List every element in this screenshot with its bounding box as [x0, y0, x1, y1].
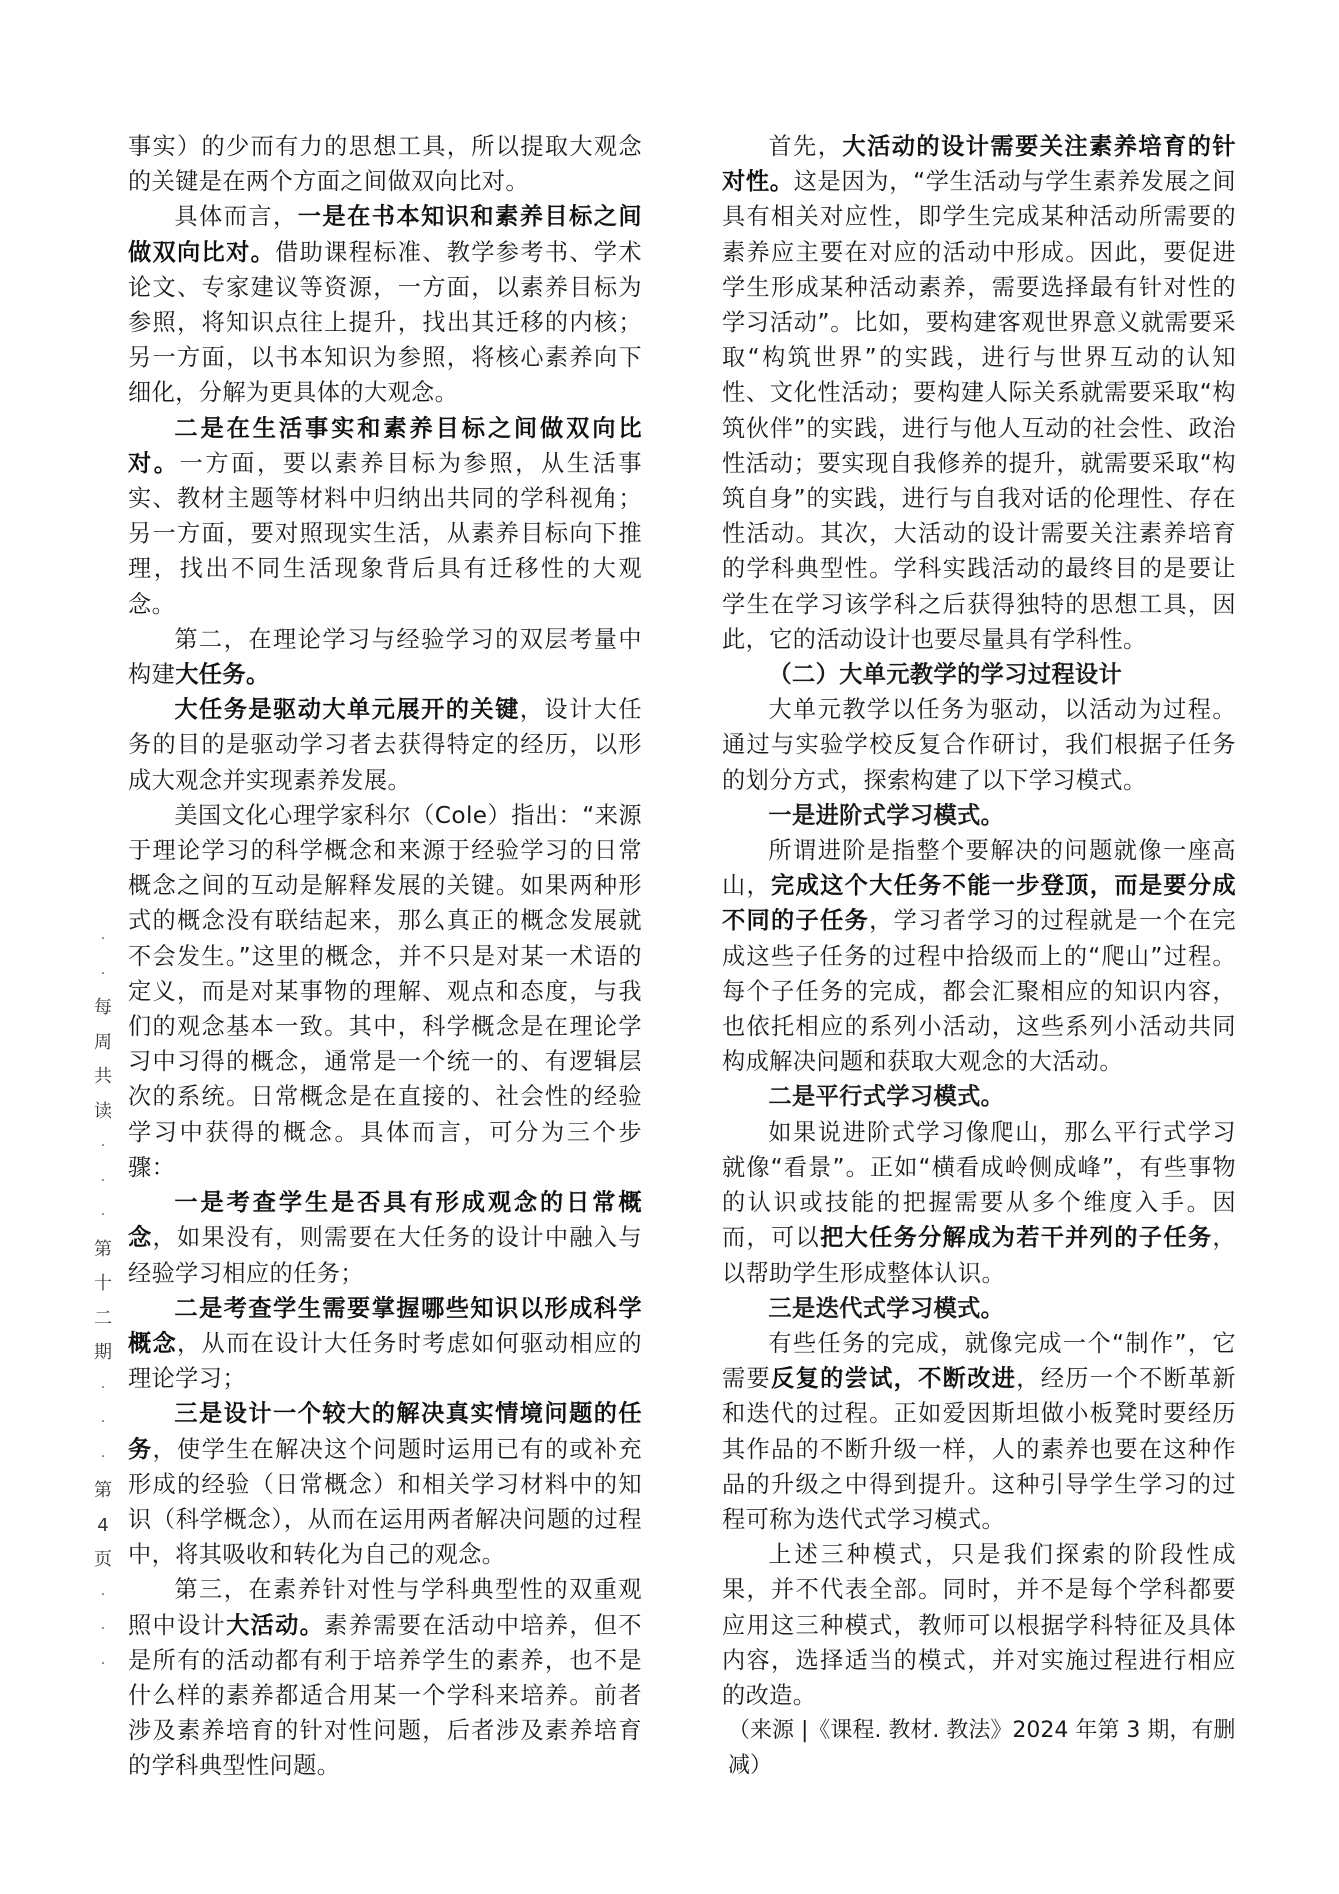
sidebar-char: ·: [90, 1440, 116, 1475]
right-column: 首先，大活动的设计需要关注素养培育的针对性。这是因为，“学生活动与学生素养发展之…: [722, 129, 1236, 1784]
paragraph: 如果说进阶式学习像爬山，那么平行式学习就像“看景”。正如“横看成岭侧成峰”，有些…: [722, 1115, 1236, 1291]
text-run: ，从而在设计大任务时考虑如何驱动相应的理论学习；: [128, 1330, 642, 1392]
paragraph: 二是在生活事实和素养目标之间做双向比对。一方面，要以素养目标为参照，从生活事实、…: [128, 411, 642, 622]
bold-text: 大任务。: [175, 661, 269, 688]
sidebar-char: 4: [90, 1509, 116, 1544]
sidebar-char: ·: [90, 1129, 116, 1164]
sidebar-char: 页: [90, 1543, 116, 1578]
sidebar-char: 共: [90, 1060, 116, 1095]
bold-text: 反复的尝试，不断改进: [771, 1365, 1016, 1392]
mode-heading: 二是平行式学习模式。: [722, 1079, 1236, 1114]
sidebar-char: ·: [90, 1371, 116, 1406]
bold-text: 把大任务分解成为若干并列的子任务: [820, 1224, 1212, 1251]
paragraph: 第三，在素养针对性与学科典型性的双重观照中设计大活动。素养需要在活动中培养，但不…: [128, 1572, 642, 1783]
sidebar-char: ·: [90, 1198, 116, 1233]
bold-text: 大任务是驱动大单元展开的关键: [174, 696, 519, 723]
text-run: ，如果没有，则需要在大任务的设计中融入与经验学习相应的任务；: [128, 1224, 642, 1286]
sidebar-char: 读: [90, 1095, 116, 1130]
paragraph: 大任务是驱动大单元展开的关键，设计大任务的目的是驱动学习者去获得特定的经历，以形…: [128, 692, 642, 798]
left-column: 事实）的少而有力的思想工具，所以提取大观念的关键是在两个方面之间做双向比对。 具…: [128, 129, 642, 1784]
sidebar-char: ·: [90, 1578, 116, 1613]
sidebar-char: 周: [90, 1026, 116, 1061]
paragraph: 第二，在理论学习与经验学习的双层考量中构建大任务。: [128, 622, 642, 692]
source-citation: （来源 |《课程. 教材. 教法》2024 年第 3 期，有删减）: [722, 1713, 1236, 1783]
sidebar-char: 二: [90, 1302, 116, 1337]
sidebar-char: ·: [90, 1647, 116, 1682]
paragraph: 美国文化心理学家科尔（Cole）指出：“来源于理论学习的科学概念和来源于经验学习…: [128, 798, 642, 1185]
text-run: 这是因为，“学生活动与学生素养发展之间具有相关对应性，即学生完成某种活动所需要的…: [722, 168, 1236, 653]
paragraph: 二是考查学生需要掌握哪些知识以形成科学概念，从而在设计大任务时考虑如何驱动相应的…: [128, 1291, 642, 1397]
sidebar-char: 第: [90, 1233, 116, 1268]
sidebar-char: ·: [90, 922, 116, 957]
text-run: ，使学生在解决这个问题时运用已有的或补充形成的经验（日常概念）和相关学习材料中的…: [128, 1436, 642, 1569]
paragraph: 首先，大活动的设计需要关注素养培育的针对性。这是因为，“学生活动与学生素养发展之…: [722, 129, 1236, 657]
paragraph: 有些任务的完成，就像完成一个“制作”，它需要反复的尝试，不断改进，经历一个不断革…: [722, 1326, 1236, 1537]
mode-heading: 三是迭代式学习模式。: [722, 1291, 1236, 1326]
paragraph: 三是设计一个较大的解决真实情境问题的任务，使学生在解决这个问题时运用已有的或补充…: [128, 1396, 642, 1572]
bold-text: 大活动。: [226, 1612, 324, 1639]
text-run: 一方面，要以素养目标为参照，从生活事实、教材主题等材料中归纳出共同的学科视角；另…: [128, 450, 642, 618]
text-run: 具体而言，: [174, 203, 297, 230]
sidebar-char: ·: [90, 1612, 116, 1647]
text-run: 首先，: [768, 133, 842, 160]
paragraph: 具体而言，一是在书本知识和素养目标之间做双向比对。借助课程标准、教学参考书、学术…: [128, 199, 642, 410]
paragraph: 一是考查学生是否具有形成观念的日常概念，如果没有，则需要在大任务的设计中融入与经…: [128, 1185, 642, 1291]
sidebar-char: 每: [90, 991, 116, 1026]
sidebar-char: ·: [90, 1405, 116, 1440]
sidebar-char: 十: [90, 1267, 116, 1302]
vertical-running-footer: · · 每 周 共 读 · · · 第 十 二 期 · · · 第 4 页 · …: [90, 922, 116, 1681]
sidebar-char: 第: [90, 1474, 116, 1509]
paragraph: 大单元教学以任务为驱动，以活动为过程。通过与实验学校反复合作研讨，我们根据子任务…: [722, 692, 1236, 798]
paragraph: 上述三种模式，只是我们探索的阶段性成果，并不代表全部。同时，并不是每个学科都要应…: [722, 1537, 1236, 1713]
document-page: · · 每 周 共 读 · · · 第 十 二 期 · · · 第 4 页 · …: [0, 0, 1339, 1894]
paragraph: 事实）的少而有力的思想工具，所以提取大观念的关键是在两个方面之间做双向比对。: [128, 129, 642, 199]
mode-heading: 一是进阶式学习模式。: [722, 798, 1236, 833]
paragraph: 所谓进阶是指整个要解决的问题就像一座高山，完成这个大任务不能一步登顶，而是要分成…: [722, 833, 1236, 1079]
sidebar-char: 期: [90, 1336, 116, 1371]
sidebar-char: ·: [90, 1164, 116, 1199]
section-heading: （二）大单元教学的学习过程设计: [722, 657, 1236, 692]
sidebar-char: ·: [90, 957, 116, 992]
